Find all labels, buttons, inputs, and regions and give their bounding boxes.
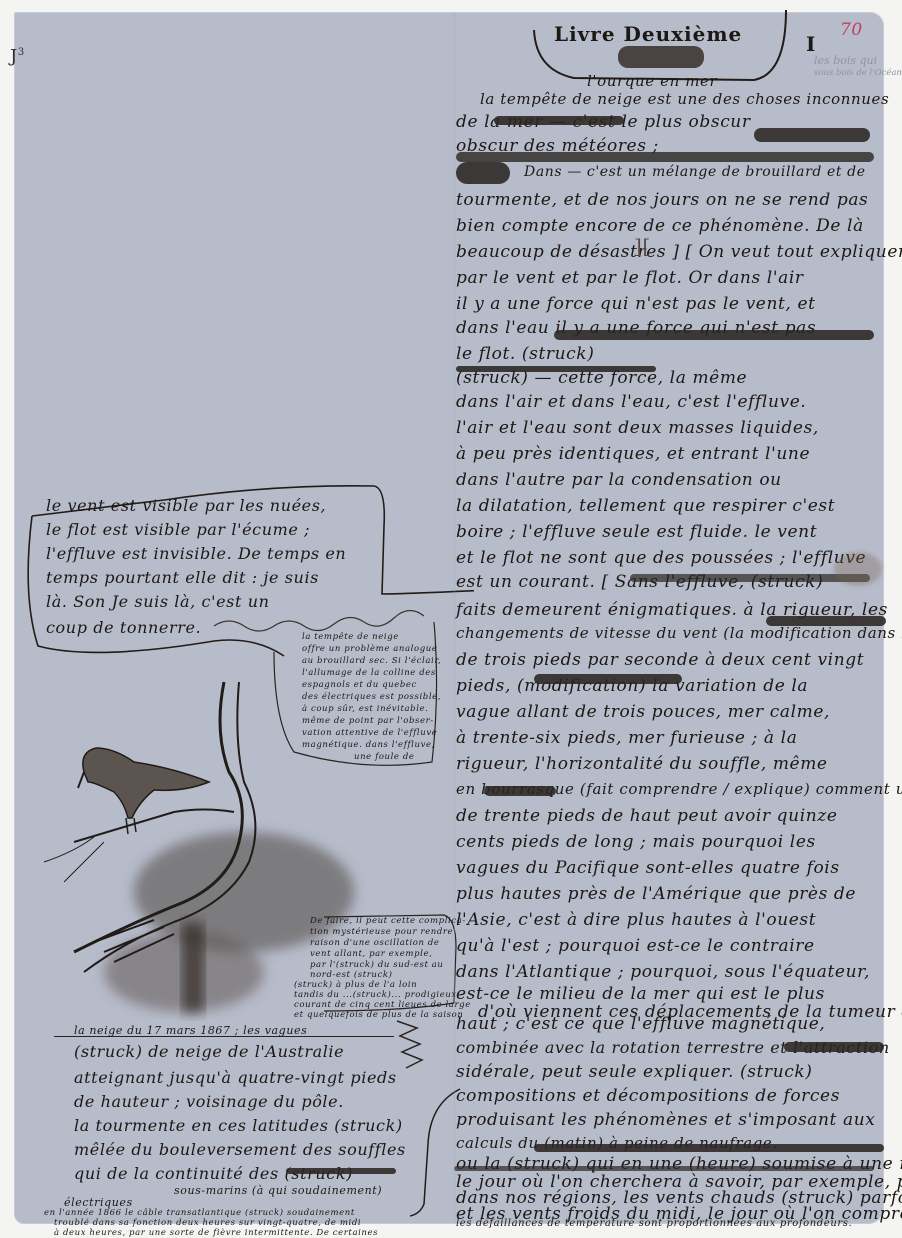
text-line: vague allant de trois pouces, mer calme, (456, 702, 830, 722)
text-line: vagues du Pacifique sont-elles quatre fo… (456, 858, 840, 878)
text-line: dans l'Atlantique ; pourquoi, sous l'équ… (456, 962, 870, 982)
text-line: (struck) à plus de l'a loin (294, 980, 417, 990)
pencil-note-2: sous bois de l'Océan (814, 68, 902, 78)
text-line: beaucoup de désastres ] [ On veut tout e… (456, 242, 902, 262)
text-line: là. Son Je suis là, c'est un (46, 592, 270, 611)
strike-blot (454, 1166, 874, 1171)
text-line: le vent est visible par les nuées, (46, 496, 326, 515)
ink-blot (456, 162, 510, 184)
text-line: rigueur, l'horizontalité du souffle, mêm… (456, 754, 828, 774)
chapter-numeral: I (806, 32, 816, 56)
text-line: de hauteur ; voisinage du pôle. (74, 1092, 344, 1111)
text-line: il y a une force qui n'est pas le vent, … (456, 294, 816, 314)
text-line: De faire, il peut cette complica- (310, 916, 466, 926)
zigzag-mark (392, 1016, 452, 1076)
text-line: compositions et décompositions de forces (456, 1086, 840, 1106)
text-line: à peu près identiques, et entrant l'une (456, 444, 810, 464)
text-line: le flot est visible par l'écume ; (46, 520, 310, 539)
text-line: atteignant jusqu'à quatre-vingt pieds (74, 1068, 397, 1087)
text-line: changements de vitesse du vent (la modif… (456, 624, 902, 642)
strike-blot (494, 116, 624, 125)
text-line: est-ce le milieu de la mer qui est le pl… (456, 984, 825, 1004)
text-line: coup de tonnerre. (46, 618, 201, 637)
strike-blot (484, 786, 556, 796)
text-line: par le vent et par le flot. Or dans l'ai… (456, 268, 804, 288)
text-line: tandis du ...(struck)... prodigieux, (294, 990, 460, 1000)
text-line: l'air et l'eau sont deux masses liquides… (456, 418, 819, 438)
text-line: la tempête de neige est une des choses i… (480, 90, 889, 108)
text-line: tourmente, et de nos jours on ne se rend… (456, 190, 868, 210)
bracket-mark: ][ (634, 234, 651, 258)
text-line: le flot. (struck) (456, 344, 594, 364)
text-line: à trente-six pieds, mer furieuse ; à la (456, 728, 797, 748)
strike-blot (766, 616, 886, 626)
strike-blot (534, 674, 682, 684)
strike-blot (784, 1042, 884, 1052)
text-line: l'effluve est invisible. De temps en (46, 544, 346, 563)
strike-blot (630, 574, 870, 582)
text-line: temps pourtant elle dit : je suis (46, 568, 319, 587)
text-line: dans l'autre par la condensation ou (456, 470, 782, 490)
strike-blot (456, 152, 874, 162)
text-line: sidérale, peut seule expliquer. (struck) (456, 1062, 813, 1082)
strike-blot (534, 1144, 884, 1152)
text-line: haut ; c'est ce que l'effluve magnétique… (456, 1014, 825, 1034)
text-line: la dilatation, tellement que respirer c'… (456, 496, 835, 516)
text-line: de trente pieds de haut peut avoir quinz… (456, 806, 838, 826)
pencil-note-1: les bois qui (814, 54, 877, 67)
text-line: produisant les phénomènes et s'imposant … (456, 1110, 875, 1130)
text-line: la tempête de neige (302, 632, 399, 642)
text-line: en l'année 1866 le câble transatlantique… (44, 1208, 355, 1218)
text-line: et le flot ne sont que des poussées ; l'… (456, 548, 866, 568)
text-line: mêlée du bouleversement des souffles (74, 1140, 406, 1159)
book-heading: Livre Deuxième (554, 22, 742, 46)
text-line: nord-est (struck) (310, 970, 393, 980)
text-line: la tourmente en ces latitudes (struck) (74, 1116, 403, 1135)
text-line: qu'à l'est ; pourquoi est-ce le contrair… (456, 936, 815, 956)
text-line: vent allant, par exemple, (310, 949, 432, 959)
text-line: la neige du 17 mars 1867 ; les vagues (74, 1024, 307, 1037)
text-line: de trois pieds par seconde à deux cent v… (456, 650, 864, 670)
text-line: raison d'une oscillation de (310, 938, 440, 948)
strike-blot (554, 330, 874, 340)
text-line: boire ; l'effluve seule est fluide. le v… (456, 522, 817, 542)
manuscript-sheet: J3 Livre Deuxième l'ourque en mer I 70 l… (14, 12, 884, 1224)
page-number: 70 (840, 20, 863, 40)
ink-stain (834, 552, 882, 586)
ink-blot-heading (618, 46, 704, 68)
strike-blot (286, 1168, 396, 1174)
text-line: troublé dans sa fonction deux heures sur… (54, 1218, 361, 1228)
text-line: à deux heures, par une sorte de fièvre i… (54, 1228, 378, 1238)
strike-blot (754, 128, 870, 142)
text-line: sous-marins (à qui soudainement) (174, 1184, 382, 1197)
text-line: par l'(struck) du sud-est au (310, 960, 444, 970)
text-line: l'Asie, c'est à dire plus hautes à l'oue… (456, 910, 816, 930)
text-line: bien compte encore de ce phénomène. De l… (456, 216, 864, 236)
text-line: cents pieds de long ; mais pourquoi les (456, 832, 816, 852)
text-line: ou la (struck) qui en une (heure) soumis… (456, 1154, 902, 1174)
connector-bracket (410, 1084, 470, 1224)
text-line: Dans — c'est un mélange de brouillard et… (524, 164, 866, 180)
text-line: (struck) de neige de l'Australie (74, 1042, 344, 1061)
text-line: dans l'air et dans l'eau, c'est l'effluv… (456, 392, 806, 412)
text-line: courant de cinq cent lieues de large (294, 1000, 471, 1010)
text-line: tion mystérieuse pour rendre (310, 927, 453, 937)
text-line: les défaillances de température sont pro… (456, 1218, 852, 1229)
heading-subtitle: l'ourque en mer (587, 72, 717, 90)
strike-blot (456, 366, 656, 372)
text-line: plus hautes près de l'Amérique que près … (456, 884, 856, 904)
